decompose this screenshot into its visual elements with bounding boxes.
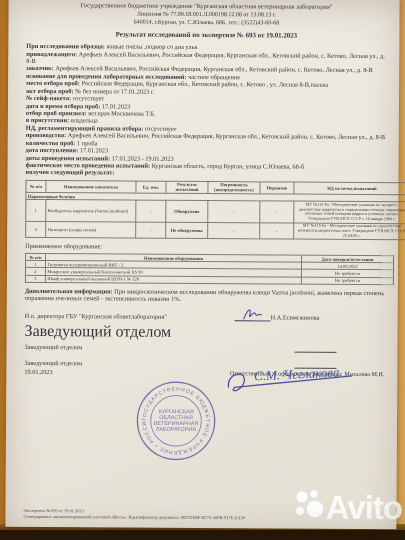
table-shadow [0, 530, 405, 540]
director-role: И.о. директора ГБУ "Курганская облветлаб… [25, 313, 167, 321]
dept-head-row-2: Заведующий отделом [24, 344, 384, 353]
document-footer: Экспертиза № 693 от 19.01.2023 Сгенериро… [23, 508, 245, 521]
additional-info: Дополнительная информация: При микроскоп… [25, 288, 385, 305]
svg-text:ЛАБОРАТОРИЯ: ЛАБОРАТОРИЯ [156, 427, 196, 433]
handwritten-signature: С.М. Чеглакова [224, 357, 366, 400]
sample-info-block: При исследовании образца: живые пчёлы ,п… [26, 43, 387, 179]
signature-line [294, 351, 336, 352]
equipment-table: № п/п Наименование оборудования Дата пов… [25, 253, 394, 285]
dept-head-row-1: Заведующий отделом [25, 323, 385, 343]
address-line: 640014, г.Курган, ул. С.Юлаева, 68Б, тел… [26, 18, 386, 28]
avito-logo-icon [292, 488, 326, 527]
table-row: 2 Нозематоз (споры нозем) - Не обнаружен… [26, 221, 405, 240]
field-result-intro: получен следующий результат: [26, 169, 386, 179]
svg-text:С.М. Чеглакова: С.М. Чеглакова [254, 364, 340, 383]
equipment-label: Применяемое оборудование: [25, 243, 385, 252]
document-date: 19.01.2023 [24, 369, 52, 376]
round-stamp: ГОСУДАРСТВЕННОЕ БЮДЖЕТНОЕ УЧРЕЖДЕНИЕ • Р… [134, 379, 219, 464]
document-title: Результат исследований по экспертизе № 6… [26, 31, 386, 40]
document-paper: Государственное бюджетное учреждение "Ку… [5, 0, 399, 529]
director-name: Н.А.Есимгжинова [271, 314, 320, 321]
results-table: № п/п Наименование показателя Ед. изм. Р… [25, 180, 405, 241]
avito-wordmark: Avito [326, 491, 402, 524]
avito-watermark: Avito [292, 488, 402, 527]
footer-generator-line: Сгенерировано автоматизированной системо… [23, 514, 245, 521]
director-signature-row: И.о. директора ГБУ "Курганская облветлаб… [25, 311, 385, 322]
signature-scribble-icon [235, 312, 271, 321]
table-row: 1 Возбудитель варроатоза (Varroa jacobso… [26, 200, 405, 224]
photo-of-document: Государственное бюджетное учреждение "Ку… [0, 0, 405, 540]
table-row: 3 Шкаф универсальный вытяжной ШУВ-1 № 12… [25, 275, 393, 284]
